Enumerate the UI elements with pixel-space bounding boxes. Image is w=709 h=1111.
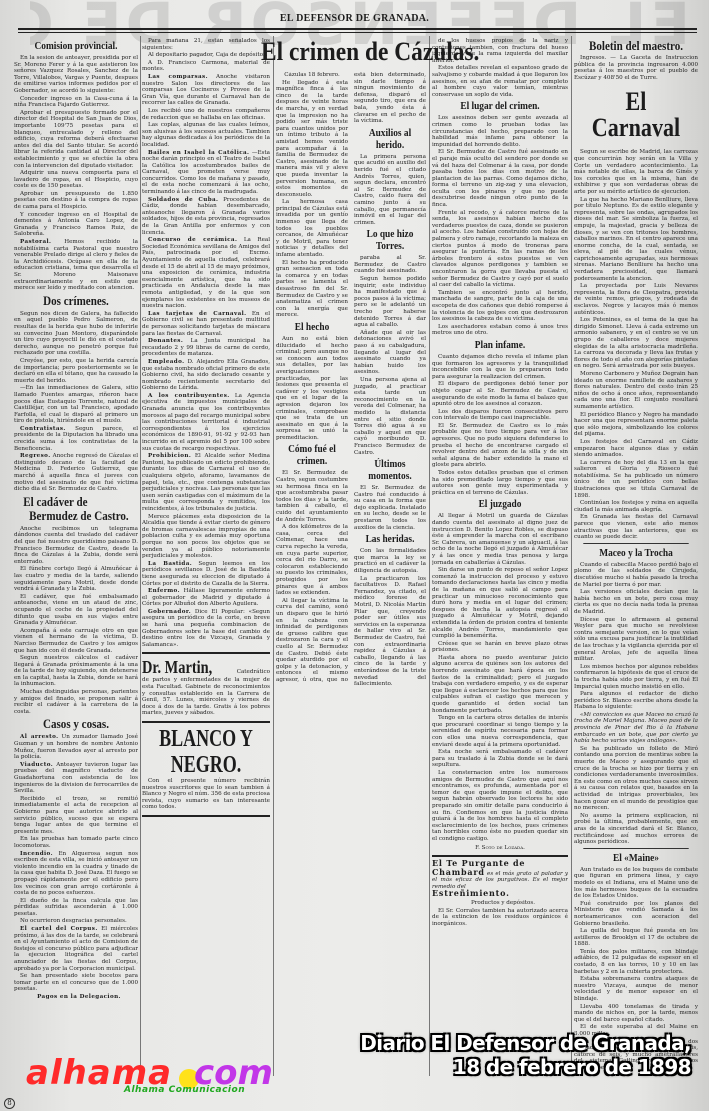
paragraph: Anoche recibimos un telegrama dándonos c… (14, 526, 138, 566)
item: Se han presentado siete bocetos para tom… (14, 973, 138, 993)
paragraph: La consternacion entre los numerosos ami… (432, 770, 568, 843)
paragraph: paraba al Sr. Bermudez de Castro cuando … (354, 255, 426, 275)
lead: Viaducto. (20, 762, 53, 768)
item: Concurso de cerámica. La Real Sociedad E… (142, 237, 270, 310)
text: Se han presentado siete bocetos para tom… (14, 973, 138, 992)
lead: Incendio. (20, 851, 53, 857)
section-title-ultimos: Últimos momentos. (359, 458, 420, 482)
paragraph-contratistas: Contratistas. Segun parece, el president… (14, 426, 138, 452)
paragraph: Las versiones oficiales decían que la ha… (574, 589, 698, 615)
paragraph: La carrera de hoy del dia 13 en la que s… (574, 460, 698, 500)
paragraph: La proyectada por Luis Nevares represent… (574, 283, 698, 316)
item: Recibido el trozo, se remitió inmediatam… (14, 796, 138, 836)
lead: Las tarjetas de Carnaval. (148, 311, 247, 317)
text: El Alcalde señor Medina Pantoni, ha publ… (142, 453, 270, 512)
paragraph: Continúan los festejos y reina en aquell… (574, 500, 698, 513)
paragraph: Aun tratado es de los buques de combate … (574, 867, 698, 900)
paragraph: Una persona ajena al juzgado, al practic… (354, 377, 426, 456)
section-title-lo-que-hizo: Lo que hizo Torres. (359, 228, 420, 252)
paragraph: Tambien se encontró junto al herido, man… (432, 290, 568, 323)
paragraph: Todos estos detalles prueban que el crim… (432, 470, 568, 496)
paragraph: Fué construido por los planos del Minist… (574, 901, 698, 927)
item: Bailes en Isabel la Católica. —Esta noch… (142, 150, 270, 196)
paragraph: Estaba sobremanera contra ataques de nue… (574, 976, 698, 1002)
lead: Pagos en la Delegacion. (37, 994, 121, 1000)
lead: Regreso. (20, 453, 51, 459)
paragraph: Creyóse, por esto, que la herida carecía… (14, 358, 138, 384)
paragraph: Muchas distinguidas personas, parientes … (14, 689, 138, 715)
text: El miércoles próximo, á las dos de la ta… (14, 926, 138, 972)
paragraph: Acompaña á este carruaje otro en que vie… (14, 628, 138, 654)
paragraph: La primera persona que acudió en auxilio… (354, 154, 426, 227)
paragraph: Segun nos dicen de Galera, ha fallecido … (14, 311, 138, 357)
item: No ocurrieron desgracias personales. (14, 918, 138, 925)
paragraph: —En las inmediaciones de Galera, sitio l… (14, 385, 138, 425)
alhama-com-watermark-logo: alhama com Alhama Comunicacion (26, 1055, 266, 1099)
paragraph: El cadáver, que fué embalsamado anteanoc… (14, 594, 138, 627)
item: Empleado. D. Alejandro Ella Granados, qu… (142, 359, 270, 392)
advertisement-rule (142, 815, 270, 820)
lead: Enfermo. (148, 588, 180, 594)
article-title-maceo: Maceo y la Trocha (583, 543, 688, 559)
paragraph: Segun hemos podido inquirir, este indivi… (354, 276, 426, 329)
section-title-plan: Plan infame. (442, 339, 558, 351)
paragraph: El Sr. Bermudez de Castro fué conducido … (354, 485, 426, 531)
paragraph: Segun se escribe de Madrid, las carrozas… (574, 149, 698, 195)
paragraph: Los dos disparos fueron consecutivos per… (432, 409, 568, 422)
paragraph: Para algunos el redactor de dicho periód… (574, 691, 698, 711)
paragraph: Se ha publicado un folleto de Miró conta… (574, 746, 698, 812)
paragraph: Los mismos hechos por algunos rebeldes c… (574, 664, 698, 690)
ad-title: Dr. Martin, (142, 657, 212, 677)
advertisement-blanco-y-negro: BLANCO Y NEGRO. Con el presente número r… (142, 721, 270, 811)
item: Los recibió uno de nuestros compañeros d… (142, 108, 270, 121)
item: Enfermo. Hállase ligeramente enfermo el … (142, 588, 270, 608)
main-headline: El crimen de Cázulas. (261, 38, 423, 66)
caption-line-2: 18 de febrero de 1898 (360, 1055, 691, 1079)
item: Soldados de Cuba. Procedentes de Cádiz, … (142, 197, 270, 237)
logo-subtitle: Alhama Comunicacion (124, 1085, 245, 1095)
item: Las coplas, algunas de las cuales leímos… (142, 122, 270, 148)
article-title-dos-crimenes: Dos crímenes. (23, 294, 128, 308)
paragraph: de los huesos propios de la nariz y cont… (432, 38, 568, 64)
text: Hemos recibido la notabilísima carta Pas… (14, 239, 138, 291)
article-title-cadaver-1: El cadáver de (23, 495, 128, 509)
ad-text: Con el presente número recibirán nuestro… (142, 778, 270, 811)
text: Procedentes de Cádiz, donde habían desem… (142, 197, 270, 236)
item: El dueño de la finca calcula que las pér… (14, 898, 138, 918)
paragraph: El disparo de perdigones debió tener por… (432, 381, 568, 407)
paragraph: Añade que al oir las detonaciones avivó … (354, 330, 426, 376)
column-1: Comision provincial. En la sesion de ant… (14, 38, 138, 1098)
text: Merece plácemes esta disposicion de la A… (142, 514, 270, 560)
paragraph-regreso: Regreso. Anoche regresó de Cázulas el di… (14, 453, 138, 493)
paragraph: Tenía dos palos militares, con blindaje … (574, 949, 698, 975)
section-title-como-fue: Cómo fué el crimen. (281, 443, 342, 467)
article-title-maine: El «Maine» (583, 848, 688, 864)
column-2: Para mañana 21, están señalados los sigu… (142, 38, 270, 1098)
column-divider (429, 36, 430, 1076)
signature: F. Soto de Lozada. (432, 845, 568, 852)
text: No ocurrieron desgracias personales. (20, 918, 127, 924)
paragraph: Para mañana 21, están señalados los sigu… (142, 38, 270, 51)
paragraph: Conceder ingreso en la Casa-cuna á la ni… (14, 96, 138, 109)
section-title-hecho: El hecho (281, 321, 342, 333)
paragraph: Con las formalidades que marca la ley se… (354, 548, 426, 574)
item: Pagos en la Delegacion. (14, 994, 138, 1001)
newspaper-page: EL DEFENSOR DE GRANADA EL DEFENSOR DE GR… (0, 0, 709, 1111)
lead: Empleado. (148, 359, 185, 365)
paragraph: La quilla del buque fué puesta en los as… (574, 928, 698, 948)
ad-line: Estreñimiento. (432, 888, 510, 898)
ad-title: BLANCO Y NEGRO. (158, 726, 254, 778)
paragraph: Dícese que lo afirmasen al general Weyle… (574, 617, 698, 663)
paragraph: Aprobar el presupuesto formado por el di… (14, 110, 138, 169)
masthead-rule-thin (18, 32, 697, 33)
article-title-casos: Casos y cosas. (23, 717, 128, 731)
item: El cartel del Corpus. El miércoles próxi… (14, 926, 138, 972)
text: Recibido el trozo, se remitió inmediatam… (14, 796, 138, 835)
text: Las coplas, algunas de las cuales leímos… (142, 122, 270, 148)
section-title-auxilios: Auxilios al herido. (359, 127, 420, 151)
caption-line-1: Diario El Defensor de Granada, (360, 1031, 691, 1055)
page-number: 8 (4, 1098, 15, 1109)
paragraph: Estos detalles revelan el espantoso grad… (432, 65, 568, 98)
item: Las comparsas. Anoche visitaron nuestro … (142, 74, 270, 107)
paragraph: Y conceder ingreso en el Hospital de dem… (14, 212, 138, 238)
text: La Agencia ejecutiva de impuestos munici… (142, 393, 270, 452)
advertisement-te-purgante: El Te Purgante deChambard es el más grat… (432, 855, 568, 907)
lead: Al arresto. (20, 734, 58, 740)
item: Gobernador. Dice El Popular: «Segun aseg… (142, 609, 270, 649)
paragraph: Tengo en la cartera otros detalles de in… (432, 715, 568, 748)
text: El dueño de la finca calcula que las pér… (14, 898, 138, 917)
paragraph: Ingresos. — La Gaceta de Instruccion púb… (574, 55, 698, 81)
masthead: EL DEFENSOR DE GRANADA. (0, 13, 709, 24)
lead: A los contribuyentes. (148, 393, 230, 399)
paragraph: Adquirir una nueva compuerta para el lav… (14, 170, 138, 190)
article-title-carnaval: El Carnaval (583, 89, 688, 141)
paragraph: En Granada las fiestas del Carnaval pare… (574, 514, 698, 540)
paragraph: Cuanto dejamos dicho revela el infame pl… (432, 354, 568, 380)
lead: Contratistas. (20, 426, 66, 432)
paragraph: Cuando el cabecilla Maceo perdió bajo el… (574, 562, 698, 588)
lead: Pastoral. (20, 239, 51, 245)
text: La Real Sociedad Económica sevillana de … (142, 237, 270, 309)
paragraph: El fúnebre cortejo llegó á Almuñécar á l… (14, 566, 138, 592)
paragraph: Sin darse un punto de reposo el señor Lo… (432, 567, 568, 640)
item: Las tarjetas de Carnaval. En el Gobierno… (142, 311, 270, 337)
paragraph: La que ha hecho Mariano Benlliure, lleva… (574, 197, 698, 283)
item: A los contribuyentes. La Agencia ejecuti… (142, 393, 270, 452)
paragraph: He llegado á esta magnífica finca á las … (276, 80, 348, 199)
paragraph: El Sr. Bermudez de Castro, segun costumb… (276, 470, 348, 523)
paragraph: El Sr. Corrales tambien ha autorizado ac… (432, 908, 568, 928)
lead: Bailes en Isabel la Católica. (148, 150, 249, 156)
paragraph: Créese que se harán en breve plazo otras… (432, 641, 568, 654)
section-title-lugar: El lugar del crimen. (442, 100, 558, 112)
paragraph: El periódico Blanco y Negro ha mandado h… (574, 412, 698, 438)
paragraph: El hecho ha producido gran sensacion en … (276, 260, 348, 319)
paragraph: No asumo la primera explicacion, ni prob… (574, 813, 698, 846)
text: En las pruebas han tomado parte cinco lo… (14, 836, 138, 849)
paragraph: Al depositario pagador, Caja de depósito… (142, 52, 270, 59)
item: La Bastida. Segun leemos en los periódic… (142, 561, 270, 587)
article-title-boletin: Boletin del maestro. (583, 40, 688, 52)
paragraph: En la sesion de anteayer, presidida por … (14, 55, 138, 95)
paragraph: La hermosa casa principal de Cázulas est… (276, 199, 348, 258)
paragraph: Los asechadores estaban como á unos tres… (432, 324, 568, 337)
paragraph: Aprobar un presupuesto de 1.850 pesetas … (14, 191, 138, 211)
paragraph: Los asesinos deben ser gente avezada al … (432, 115, 568, 148)
column-5: Boletin del maestro. Ingresos. — La Gace… (574, 38, 698, 1098)
paragraph: A D. Francisco Carmona, material de mont… (142, 60, 270, 73)
paragraph: Los Petenines, es el tema de la que ha d… (574, 317, 698, 370)
section-title-juzgado: El juzgado (442, 498, 558, 510)
lead: Concurso de cerámica. (148, 237, 237, 243)
paragraph: Esta noche será embalsamado el cadáver p… (432, 749, 568, 769)
lead: Soldados de Cuba. (148, 197, 218, 203)
paragraph: A dos kilómetros de la casa, cerca del C… (276, 524, 348, 597)
paragraph: La practicaron los facultativos D. Rafae… (354, 576, 426, 688)
section-title-heridas: Las heridas. (359, 533, 420, 545)
item: Incendio. En Alquerosa segun nos escribe… (14, 851, 138, 897)
paragraph: Hasta ahora no puedo aventurar juicio al… (432, 655, 568, 714)
image-caption: Diario El Defensor de Granada, 18 de feb… (360, 1031, 691, 1079)
item: Merece plácemes esta disposicion de la A… (142, 514, 270, 560)
item: Al arresto. Un zumador llamado José Guzm… (14, 734, 138, 760)
paragraph: Aun no está bien dilucidado el hecho cri… (276, 336, 348, 442)
item: Donantes. La Junta municipal ha recaudad… (142, 338, 270, 358)
article-title-cadaver-2: Bermudez de Castro. (23, 509, 128, 523)
column-divider (571, 36, 572, 1076)
lead: La Bastida. (148, 561, 192, 567)
item: En las pruebas han tomado parte cinco lo… (14, 836, 138, 849)
paragraph: Los festejos del Carnaval en Cádiz empez… (574, 439, 698, 459)
article-title-comision: Comision provincial. (23, 40, 128, 52)
item: Viaducto. Anteayer tuvieron lugar las pr… (14, 762, 138, 795)
paragraph: Moreno Carbonero y Muñoz Degrain han ide… (574, 371, 698, 411)
column-divider (273, 36, 274, 1076)
lead: Prohibicion. (148, 453, 191, 459)
column-divider (140, 36, 141, 1076)
lead: Las comparsas. (148, 74, 208, 80)
paragraph: Al llegar á Motril un guarda de Cázulas … (432, 513, 568, 566)
column-3-main-story: Cázulas 18 febrero. He llegado á esta ma… (276, 72, 426, 1092)
advertisement-dr-martin: Dr. Martin, Catedrático de partos y enfe… (142, 652, 270, 717)
item: Prohibicion. El Alcalde señor Medina Pan… (142, 453, 270, 512)
paragraph: Llevaba 400 tonelamas de tirada y mando … (574, 1004, 698, 1024)
lead: El cartel del Corpus. (20, 926, 98, 932)
paragraph: «Mi conviccion es que Maceo no cruzó la … (574, 712, 698, 745)
column-4: de los huesos propios de la nariz y cont… (432, 38, 568, 1098)
paragraph: El Sr. Bermudez de Castro es lo más prob… (432, 423, 568, 469)
ad-brand: Chambard (432, 867, 485, 877)
text: Anoche regresó de Cázulas el distinguido… (14, 453, 138, 492)
text: —Esta noche darán principio en el Teatro… (142, 150, 270, 196)
text: En Alquerosa segun nos escriben de esta … (14, 851, 138, 897)
masthead-rule-thick (18, 28, 697, 30)
ad-sub: Productos y depósitos. (432, 900, 568, 907)
paragraph: Frente al recodo, y á catorce metros de … (432, 210, 568, 289)
paragraph: Segun nuestros cálculos el cadáver llega… (14, 655, 138, 688)
text: Los recibió uno de nuestros compañeros d… (142, 108, 270, 121)
lead: Gobernador. (148, 609, 191, 615)
paragraph-pastoral: Pastoral. Hemos recibido la notabilísima… (14, 239, 138, 292)
paragraph: El Sr. Bermudez de Castro fué asesinado … (432, 149, 568, 208)
dateline: Cázulas 18 febrero. (276, 72, 348, 79)
lead: Donantes. (148, 338, 183, 344)
text: Dice El Popular: «Segun asegura un perió… (142, 609, 270, 648)
